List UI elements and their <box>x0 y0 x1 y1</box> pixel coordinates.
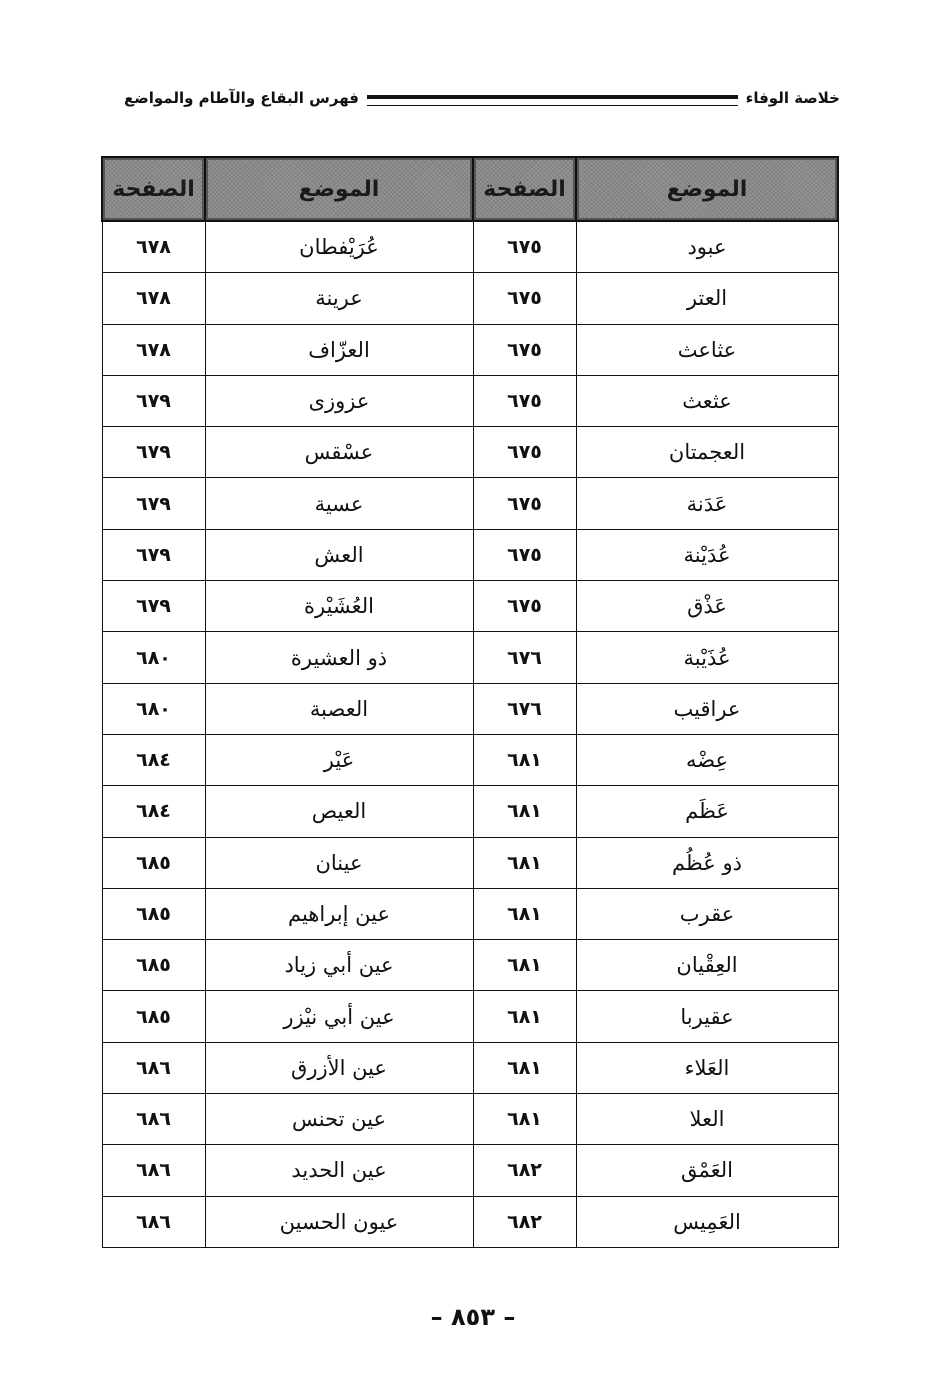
place-name-cell: عسْقس <box>205 427 473 478</box>
page-number-cell: ٦٨١ <box>473 786 576 837</box>
page-number-cell: ٦٨٢ <box>473 1196 576 1247</box>
place-name-cell: عقرب <box>576 888 838 939</box>
page-number-cell: ٦٨١ <box>473 734 576 785</box>
page-number-cell: ٦٧٥ <box>473 581 576 632</box>
table-row: عراقيب٦٧٦العصبة٦٨٠ <box>102 683 838 734</box>
page-number-cell: ٦٧٥ <box>473 478 576 529</box>
place-name-cell: عُرَيْفطان <box>205 221 473 273</box>
table-row: عقرب٦٨١عين إبراهيم٦٨٥ <box>102 888 838 939</box>
table-row: عثعث٦٧٥عزوزى٦٧٩ <box>102 375 838 426</box>
place-name-cell: عين الحديد <box>205 1145 473 1196</box>
table-row: العَمِيس٦٨٢عيون الحسين٦٨٦ <box>102 1196 838 1247</box>
place-name-cell: ذو العشيرة <box>205 632 473 683</box>
place-name-cell: عُدَيْنة <box>576 529 838 580</box>
place-name-cell: العَلاء <box>576 1042 838 1093</box>
place-name-cell: العيص <box>205 786 473 837</box>
page-number-cell: ٦٨١ <box>473 837 576 888</box>
header-page-b: الصفحة <box>102 157 205 221</box>
page-number-cell: ٦٧٥ <box>473 427 576 478</box>
page-number-cell: ٦٨١ <box>473 1094 576 1145</box>
header-place-a: الموضع <box>576 157 838 221</box>
table-row: العجمتان٦٧٥عسْقس٦٧٩ <box>102 427 838 478</box>
place-name-cell: العُشَيْرة <box>205 581 473 632</box>
place-name-cell: عرينة <box>205 273 473 324</box>
place-name-cell: العزّاف <box>205 324 473 375</box>
page-number-cell: ٦٨٢ <box>473 1145 576 1196</box>
table-row: العَمْق٦٨٢عين الحديد٦٨٦ <box>102 1145 838 1196</box>
page-number-cell: ٦٨٥ <box>102 991 205 1042</box>
place-name-cell: العِقْيان <box>576 940 838 991</box>
place-name-cell: العتر <box>576 273 838 324</box>
page-number-cell: ٦٧٨ <box>102 273 205 324</box>
place-name-cell: عثاعث <box>576 324 838 375</box>
header-page-a: الصفحة <box>473 157 576 221</box>
table-row: عَظَم٦٨١العيص٦٨٤ <box>102 786 838 837</box>
place-name-cell: العصبة <box>205 683 473 734</box>
table-row: عَذْق٦٧٥العُشَيْرة٦٧٩ <box>102 581 838 632</box>
table-row: العتر٦٧٥عرينة٦٧٨ <box>102 273 838 324</box>
page-number-cell: ٦٧٦ <box>473 632 576 683</box>
place-name-cell: عبود <box>576 221 838 273</box>
place-name-cell: عين أبي نيْزر <box>205 991 473 1042</box>
place-name-cell: عَدَنة <box>576 478 838 529</box>
page-number-cell: ٦٨٥ <box>102 940 205 991</box>
table-row: عِضْه٦٨١عَيْر٦٨٤ <box>102 734 838 785</box>
page-number-cell: ٦٧٥ <box>473 221 576 273</box>
table-header-row: الموضع الصفحة الموضع الصفحة <box>102 157 838 221</box>
place-name-cell: عُذَيْبة <box>576 632 838 683</box>
place-name-cell: العَمْق <box>576 1145 838 1196</box>
page-number-cell: ٦٨١ <box>473 1042 576 1093</box>
page-number-cell: ٦٧٥ <box>473 529 576 580</box>
section-title: فهرس البقاع والآطام والمواضع <box>124 89 359 107</box>
table-row: عَدَنة٦٧٥عسية٦٧٩ <box>102 478 838 529</box>
table-row: عُذَيْبة٦٧٦ذو العشيرة٦٨٠ <box>102 632 838 683</box>
place-name-cell: العجمتان <box>576 427 838 478</box>
page-number: – ٨٥٣ – <box>0 1303 946 1331</box>
place-name-cell: عزوزى <box>205 375 473 426</box>
page-number-cell: ٦٨١ <box>473 991 576 1042</box>
page-number-cell: ٦٨٦ <box>102 1042 205 1093</box>
page-number-cell: ٦٨٠ <box>102 632 205 683</box>
place-name-cell: العش <box>205 529 473 580</box>
place-name-cell: عسية <box>205 478 473 529</box>
place-name-cell: عَظَم <box>576 786 838 837</box>
table-row: عُدَيْنة٦٧٥العش٦٧٩ <box>102 529 838 580</box>
page-number-cell: ٦٧٩ <box>102 427 205 478</box>
page-number-cell: ٦٧٩ <box>102 581 205 632</box>
place-name-cell: عين إبراهيم <box>205 888 473 939</box>
page-number-cell: ٦٨٦ <box>102 1196 205 1247</box>
table-row: العلا٦٨١عين تحنس٦٨٦ <box>102 1094 838 1145</box>
table-row: العَلاء٦٨١عين الأزرق٦٨٦ <box>102 1042 838 1093</box>
page-number-cell: ٦٧٥ <box>473 375 576 426</box>
page-number-cell: ٦٨٤ <box>102 786 205 837</box>
table-row: عثاعث٦٧٥العزّاف٦٧٨ <box>102 324 838 375</box>
place-name-cell: العَمِيس <box>576 1196 838 1247</box>
running-header: خلاصة الوفاء فهرس البقاع والآطام والمواض… <box>124 84 840 112</box>
place-name-cell: عيون الحسين <box>205 1196 473 1247</box>
place-name-cell: عين الأزرق <box>205 1042 473 1093</box>
place-name-cell: العلا <box>576 1094 838 1145</box>
page-number-cell: ٦٧٨ <box>102 324 205 375</box>
place-name-cell: عين تحنس <box>205 1094 473 1145</box>
page-number-cell: ٦٧٦ <box>473 683 576 734</box>
page-number-cell: ٦٨٦ <box>102 1094 205 1145</box>
page-number-cell: ٦٨٤ <box>102 734 205 785</box>
place-name-cell: عثعث <box>576 375 838 426</box>
page-number-cell: ٦٨٥ <box>102 888 205 939</box>
place-name-cell: عينان <box>205 837 473 888</box>
page-number-cell: ٦٧٥ <box>473 324 576 375</box>
header-rule <box>367 95 738 106</box>
book-title: خلاصة الوفاء <box>746 89 840 107</box>
place-name-cell: عِضْه <box>576 734 838 785</box>
place-name-cell: عين أبي زياد <box>205 940 473 991</box>
page-number-cell: ٦٧٨ <box>102 221 205 273</box>
header-place-b: الموضع <box>205 157 473 221</box>
page-number-cell: ٦٨٦ <box>102 1145 205 1196</box>
table-row: عقيربا٦٨١عين أبي نيْزر٦٨٥ <box>102 991 838 1042</box>
places-index-table: الموضع الصفحة الموضع الصفحة عبود٦٧٥عُرَي… <box>101 156 839 1248</box>
place-name-cell: عقيربا <box>576 991 838 1042</box>
table-row: العِقْيان٦٨١عين أبي زياد٦٨٥ <box>102 940 838 991</box>
page-number-cell: ٦٨١ <box>473 888 576 939</box>
page-number-cell: ٦٧٩ <box>102 375 205 426</box>
page-number-cell: ٦٧٩ <box>102 529 205 580</box>
page-number-cell: ٦٨٠ <box>102 683 205 734</box>
page-number-cell: ٦٧٩ <box>102 478 205 529</box>
page-number-cell: ٦٧٥ <box>473 273 576 324</box>
place-name-cell: عَذْق <box>576 581 838 632</box>
table-row: عبود٦٧٥عُرَيْفطان٦٧٨ <box>102 221 838 273</box>
place-name-cell: عراقيب <box>576 683 838 734</box>
page-number-cell: ٦٨٥ <box>102 837 205 888</box>
page-number-cell: ٦٨١ <box>473 940 576 991</box>
place-name-cell: ذو عُظُم <box>576 837 838 888</box>
table-row: ذو عُظُم٦٨١عينان٦٨٥ <box>102 837 838 888</box>
place-name-cell: عَيْر <box>205 734 473 785</box>
